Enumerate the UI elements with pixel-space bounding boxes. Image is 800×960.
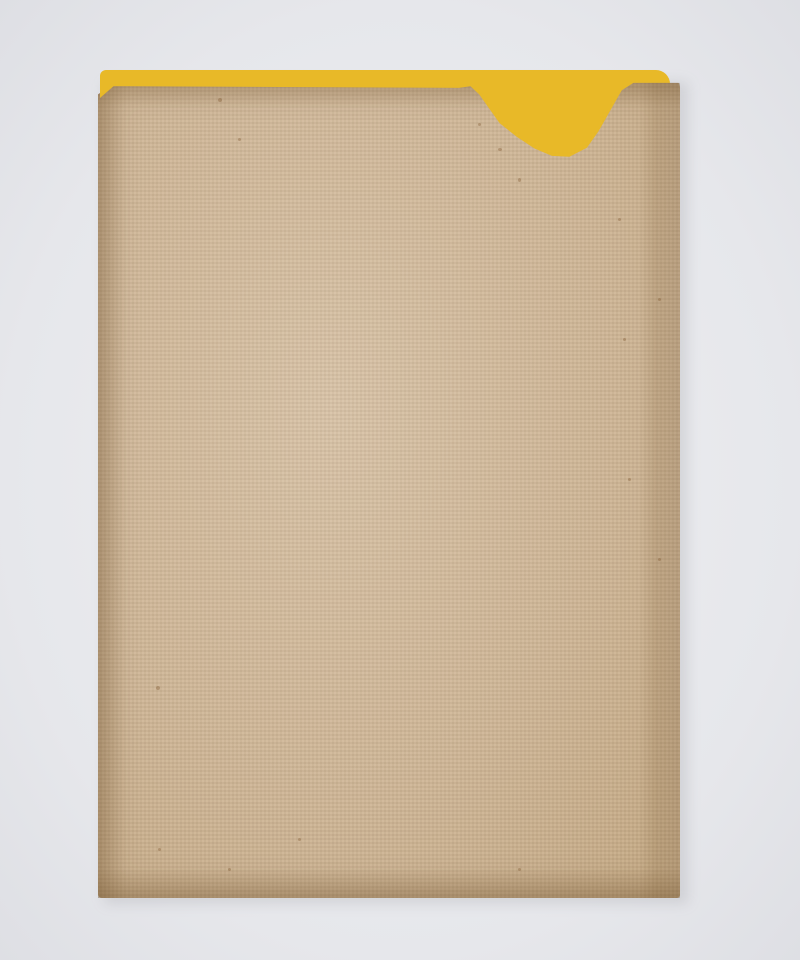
- foxing-spot: [618, 218, 621, 221]
- dust-jacket-back: [98, 78, 680, 898]
- jacket-bottom-wear: [98, 868, 680, 898]
- foxing-spot: [158, 848, 161, 851]
- foxing-spot: [628, 478, 631, 481]
- jacket-spine-edge: [640, 78, 680, 898]
- foxing-spot: [623, 338, 626, 341]
- foxing-spot: [298, 838, 301, 841]
- foxing-spot: [238, 138, 241, 141]
- foxing-spot: [478, 123, 481, 126]
- foxing-spot: [228, 868, 231, 871]
- foxing-spot: [658, 558, 661, 561]
- foxing-spot: [498, 148, 502, 151]
- jacket-left-wear: [98, 78, 126, 898]
- foxing-spot: [156, 686, 160, 690]
- foxing-spot: [518, 868, 521, 871]
- foxing-spot: [518, 178, 521, 182]
- photo-scene: [0, 0, 800, 960]
- foxing-spot: [218, 98, 222, 102]
- foxing-spot: [658, 298, 661, 301]
